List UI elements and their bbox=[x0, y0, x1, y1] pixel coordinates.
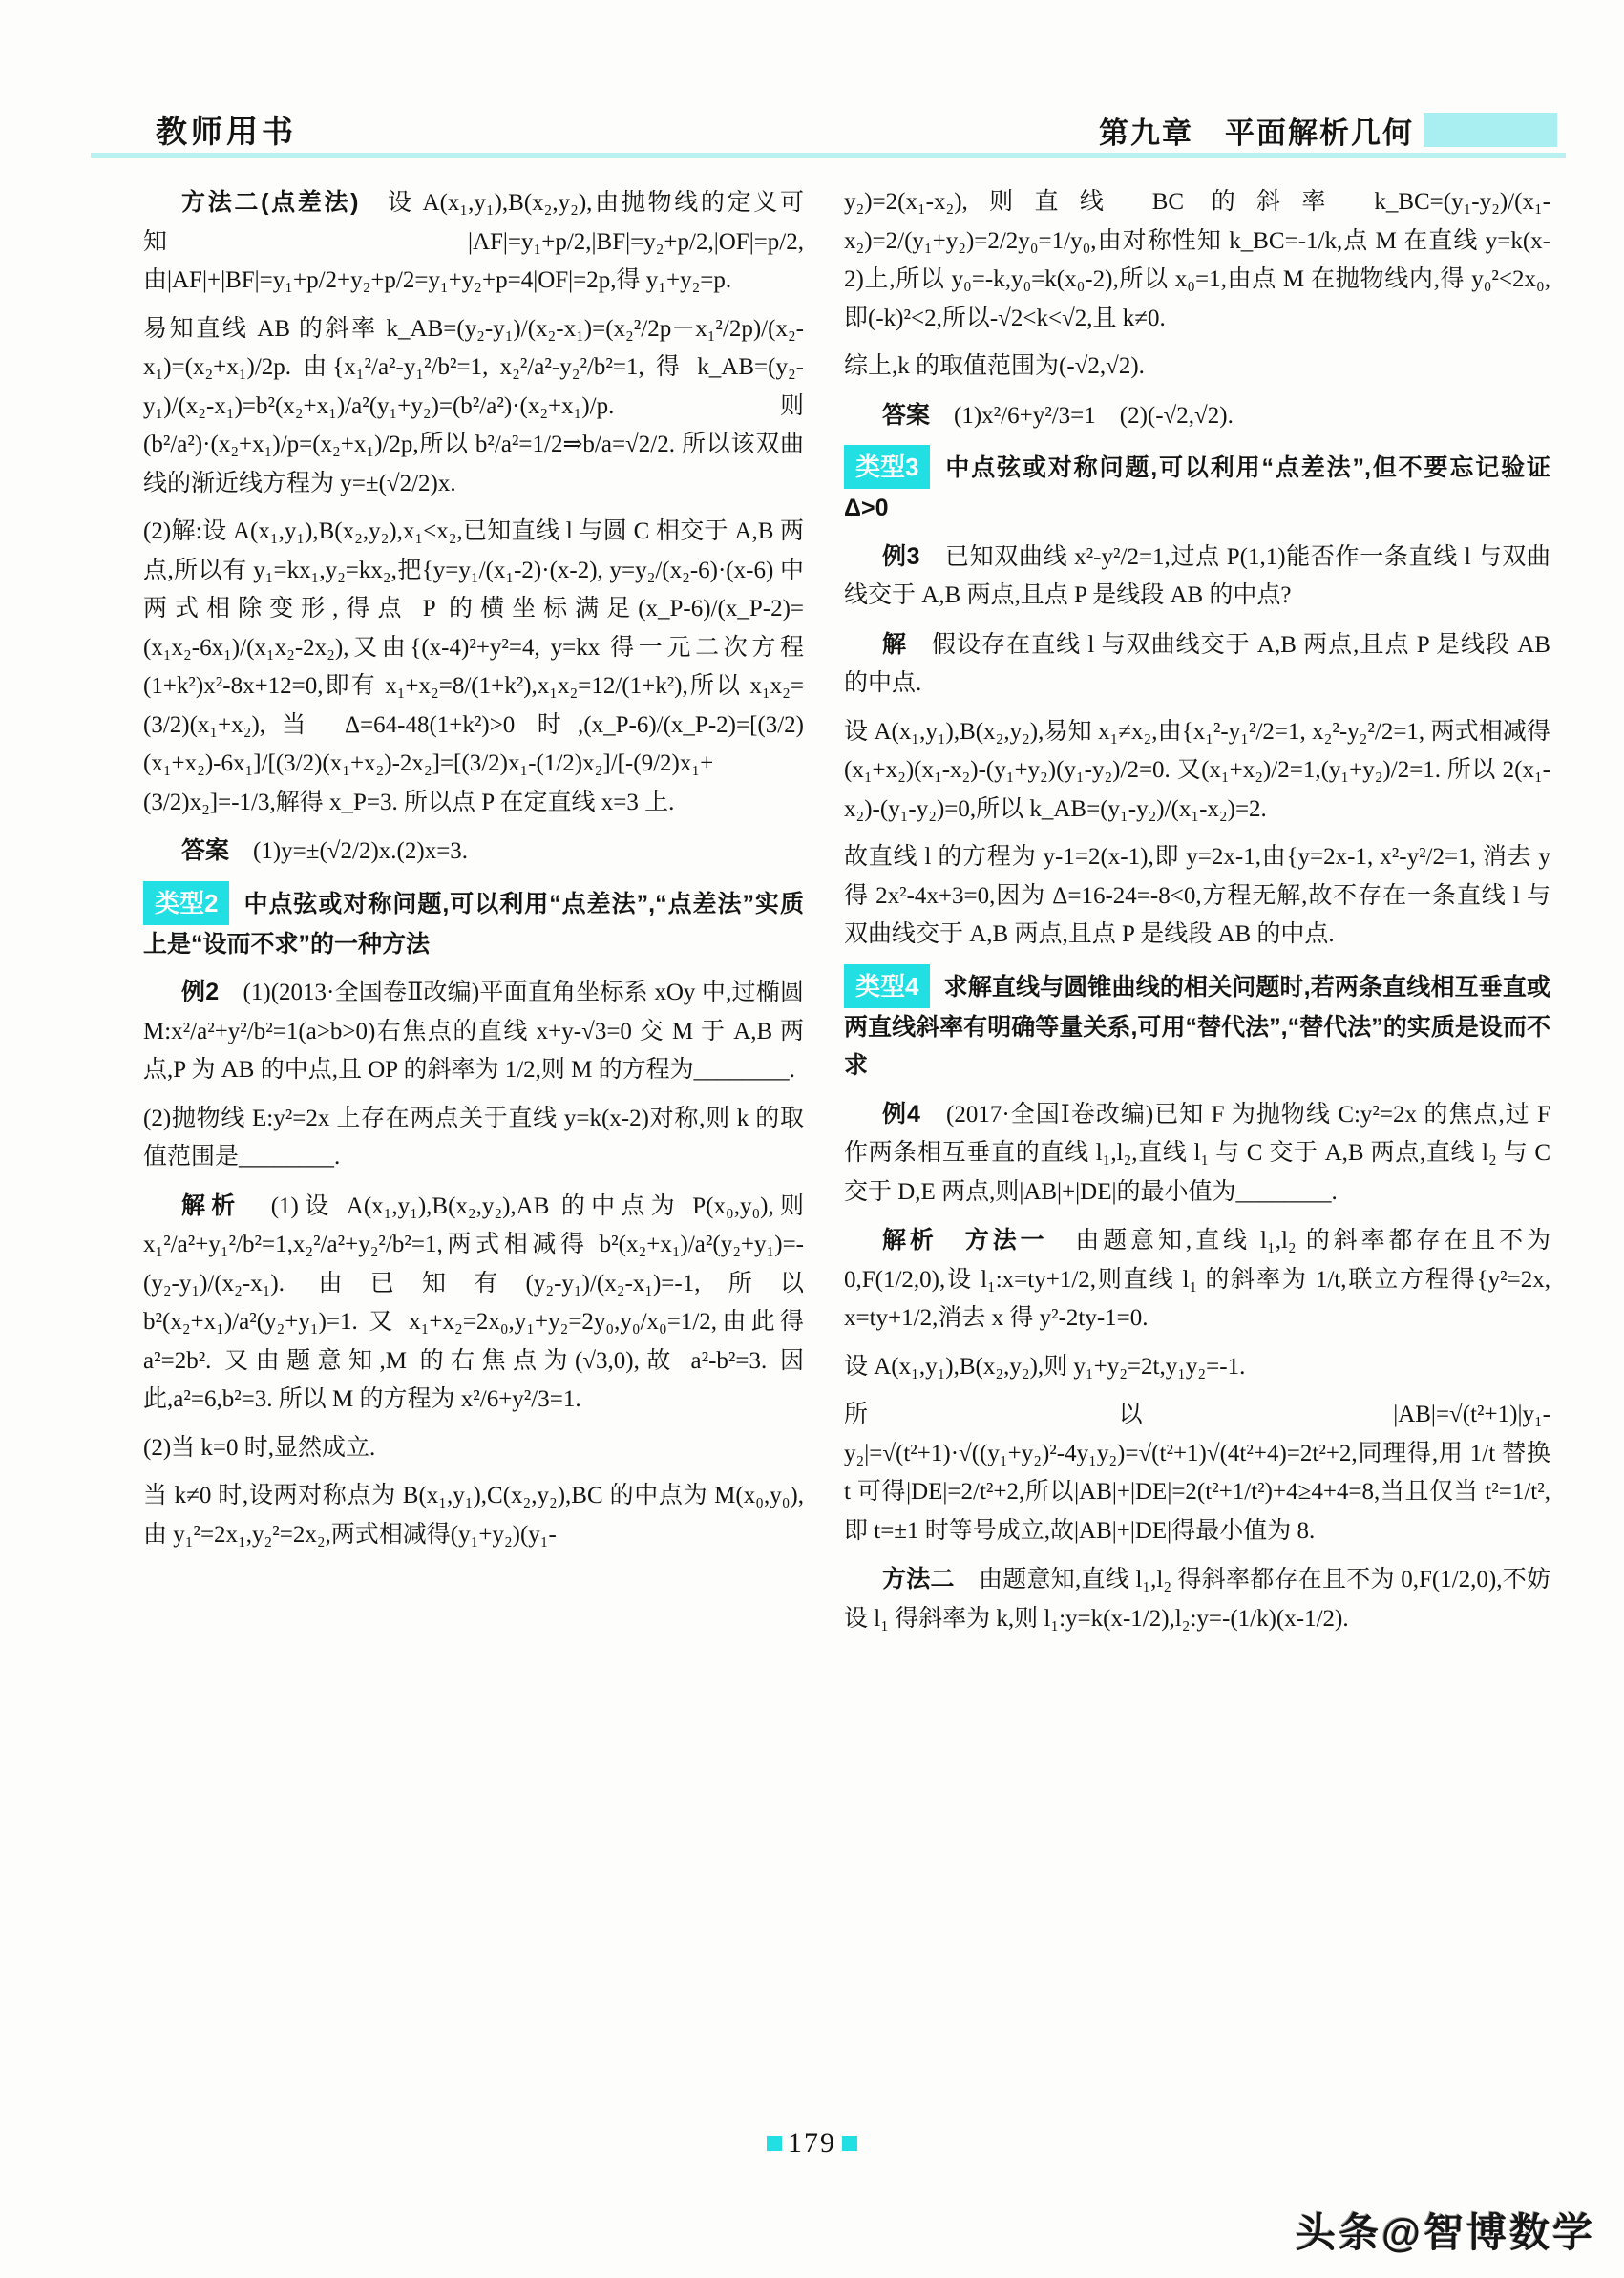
paragraph: 故直线 l 的方程为 y-1=2(x-1),即 y=2x-1,由{y=2x-1,… bbox=[844, 838, 1550, 955]
paragraph: 综上,k 的取值范围为(-√2,√2). bbox=[844, 348, 1550, 387]
book-title: 教师用书 bbox=[156, 107, 297, 152]
paragraph: 答案 (1)x²/6+y²/3=1 (2)(-√2,√2). bbox=[844, 396, 1550, 436]
paragraph-text: (2)当 k=0 时,显然成立. bbox=[143, 1435, 375, 1461]
paragraph: y₂)=2(x₁-x₂),则直线 BC 的斜率 k_BC=(y₁-y₂)/(x₁… bbox=[844, 183, 1550, 338]
paragraph: 解 假设存在直线 l 与双曲线交于 A,B 两点,且点 P 是线段 AB 的中点… bbox=[844, 625, 1550, 704]
paragraph-text: 中点弦或对称问题,可以利用“点差法”,“点差法”实质上是“设而不求”的一种方法 bbox=[143, 891, 804, 958]
paragraph: 所以|AB|=√(t²+1)|y₁-y₂|=√(t²+1)·√((y₁+y₂)²… bbox=[844, 1396, 1550, 1550]
type-section-paragraph: 类型2中点弦或对称问题,可以利用“点差法”,“点差法”实质上是“设而不求”的一种… bbox=[143, 881, 804, 964]
paragraph: 设 A(x₁,y₁),B(x₂,y₂),易知 x₁≠x₂,由{x₁²-y₁²/2… bbox=[844, 713, 1550, 830]
paragraph-label: 例3 bbox=[882, 543, 920, 570]
paragraph-text: y₂)=2(x₁-x₂),则直线 BC 的斜率 k_BC=(y₁-y₂)/(x₁… bbox=[844, 189, 1550, 331]
paragraph-text: 求解直线与圆锥曲线的相关问题时,若两条直线相互垂直或两直线斜率有明确等量关系,可… bbox=[844, 974, 1550, 1080]
page-number-right-square bbox=[842, 2136, 857, 2151]
paragraph: 方法二(点差法) 设 A(x₁,y₁),B(x₂,y₂),由抛物线的定义可知|A… bbox=[143, 183, 804, 301]
paragraph-text: 当 k≠0 时,设两对称点为 B(x₁,y₁),C(x₂,y₂),BC 的中点为… bbox=[143, 1483, 804, 1548]
paragraph-text: (2)抛物线 E:y²=2x 上存在两点关于直线 y=k(x-2)对称,则 k … bbox=[143, 1106, 804, 1171]
paragraph-text: 综上,k 的取值范围为(-√2,√2). bbox=[844, 353, 1145, 379]
paragraph-text: (1)设 A(x₁,y₁),B(x₂,y₂),AB 的中点为 P(x₀,y₀),… bbox=[143, 1193, 804, 1413]
paragraph-text: 已知双曲线 x²-y²/2=1,过点 P(1,1)能否作一条直线 l 与双曲线交… bbox=[844, 544, 1550, 609]
page-header: 教师用书 第九章 平面解析几何 bbox=[0, 0, 1624, 162]
chapter-number: 第九章 bbox=[1099, 116, 1193, 150]
left-column: 方法二(点差法) 设 A(x₁,y₁),B(x₂,y₂),由抛物线的定义可知|A… bbox=[143, 183, 804, 1564]
paragraph: 方法二 由题意知,直线 l₁,l₂ 得斜率都存在且不为 0,F(1/2,0),不… bbox=[844, 1560, 1550, 1638]
page-number-left-square bbox=[767, 2136, 782, 2151]
header-rule bbox=[91, 153, 1566, 158]
paragraph-text: (1)x²/6+y²/3=1 (2)(-√2,√2). bbox=[930, 403, 1234, 429]
paragraph-label: 答案 bbox=[882, 402, 930, 429]
watermark: 头条@智博数学 bbox=[1296, 2202, 1595, 2259]
paragraph: 答案 (1)y=±(√2/2)x.(2)x=3. bbox=[143, 832, 804, 872]
paragraph: 当 k≠0 时,设两对称点为 B(x₁,y₁),C(x₂,y₂),BC 的中点为… bbox=[143, 1477, 804, 1554]
paragraph: 例2 (1)(2013·全国卷Ⅱ改编)平面直角坐标系 xOy 中,过椭圆 M:x… bbox=[143, 973, 804, 1090]
paragraph-text: 易知直线 AB 的斜率 k_AB=(y₂-y₁)/(x₂-x₁)=(x₂²/2p… bbox=[143, 316, 804, 496]
type-badge: 类型3 bbox=[844, 445, 930, 489]
type-section-paragraph: 类型3中点弦或对称问题,可以利用“点差法”,但不要忘记验证 Δ>0 bbox=[844, 445, 1550, 528]
paragraph: 易知直线 AB 的斜率 k_AB=(y₂-y₁)/(x₂-x₁)=(x₂²/2p… bbox=[143, 310, 804, 504]
paragraph: 解析 (1)设 A(x₁,y₁),B(x₂,y₂),AB 的中点为 P(x₀,y… bbox=[143, 1187, 804, 1420]
paragraph: 例4 (2017·全国Ⅰ卷改编)已知 F 为抛物线 C:y²=2x 的焦点,过 … bbox=[844, 1095, 1550, 1213]
paragraph-label: 例4 bbox=[882, 1101, 920, 1128]
paragraph-text: 所以|AB|=√(t²+1)|y₁-y₂|=√(t²+1)·√((y₁+y₂)²… bbox=[844, 1402, 1550, 1544]
paragraph-text: (2)解:设 A(x₁,y₁),B(x₂,y₂),x₁<x₂,已知直线 l 与圆… bbox=[143, 518, 804, 815]
paragraph: (2)当 k=0 时,显然成立. bbox=[143, 1429, 804, 1468]
paragraph-text: 设 A(x₁,y₁),B(x₂,y₂),则 y₁+y₂=2t,y₁y₂=-1. bbox=[844, 1354, 1245, 1380]
page-number: 179 bbox=[788, 2127, 836, 2159]
type-badge: 类型2 bbox=[143, 881, 229, 925]
paragraph: (2)抛物线 E:y²=2x 上存在两点关于直线 y=k(x-2)对称,则 k … bbox=[143, 1100, 804, 1177]
paragraph: (2)解:设 A(x₁,y₁),B(x₂,y₂),x₁<x₂,已知直线 l 与圆… bbox=[143, 513, 804, 822]
right-column: y₂)=2(x₁-x₂),则直线 BC 的斜率 k_BC=(y₁-y₂)/(x₁… bbox=[844, 183, 1550, 1648]
header-accent-block bbox=[1424, 113, 1557, 147]
paragraph-label: 答案 bbox=[181, 837, 229, 864]
paragraph-label: 解析 方法一 bbox=[882, 1227, 1047, 1254]
paragraph-text: (2017·全国Ⅰ卷改编)已知 F 为抛物线 C:y²=2x 的焦点,过 F 作… bbox=[844, 1102, 1550, 1205]
paragraph-label: 方法二 bbox=[882, 1566, 955, 1592]
type-section-paragraph: 类型4求解直线与圆锥曲线的相关问题时,若两条直线相互垂直或两直线斜率有明确等量关… bbox=[844, 964, 1550, 1086]
page-footer: 179 bbox=[0, 2125, 1624, 2160]
paragraph-label: 方法二(点差法) bbox=[181, 189, 359, 216]
paragraph-text: 假设存在直线 l 与双曲线交于 A,B 两点,且点 P 是线段 AB 的中点. bbox=[844, 632, 1550, 697]
paragraph-text: 设 A(x₁,y₁),B(x₂,y₂),易知 x₁≠x₂,由{x₁²-y₁²/2… bbox=[844, 719, 1550, 822]
paragraph: 解析 方法一 由题意知,直线 l₁,l₂ 的斜率都存在且不为 0,F(1/2,0… bbox=[844, 1221, 1550, 1339]
paragraph-text: 中点弦或对称问题,可以利用“点差法”,但不要忘记验证 Δ>0 bbox=[844, 454, 1550, 521]
paragraph-label: 解 bbox=[882, 631, 907, 658]
paragraph-text: (1)(2013·全国卷Ⅱ改编)平面直角坐标系 xOy 中,过椭圆 M:x²/a… bbox=[143, 980, 804, 1083]
paragraph: 例3 已知双曲线 x²-y²/2=1,过点 P(1,1)能否作一条直线 l 与双… bbox=[844, 538, 1550, 616]
chapter-name: 平面解析几何 bbox=[1225, 116, 1414, 150]
chapter-title: 第九章 平面解析几何 bbox=[1099, 109, 1414, 152]
paragraph: 设 A(x₁,y₁),B(x₂,y₂),则 y₁+y₂=2t,y₁y₂=-1. bbox=[844, 1348, 1550, 1387]
type-badge: 类型4 bbox=[844, 964, 930, 1008]
paragraph-text: 故直线 l 的方程为 y-1=2(x-1),即 y=2x-1,由{y=2x-1,… bbox=[844, 844, 1550, 947]
paragraph-text: (1)y=±(√2/2)x.(2)x=3. bbox=[229, 838, 468, 864]
paragraph-label: 例2 bbox=[181, 979, 219, 1005]
paragraph-label: 解析 bbox=[181, 1192, 241, 1219]
